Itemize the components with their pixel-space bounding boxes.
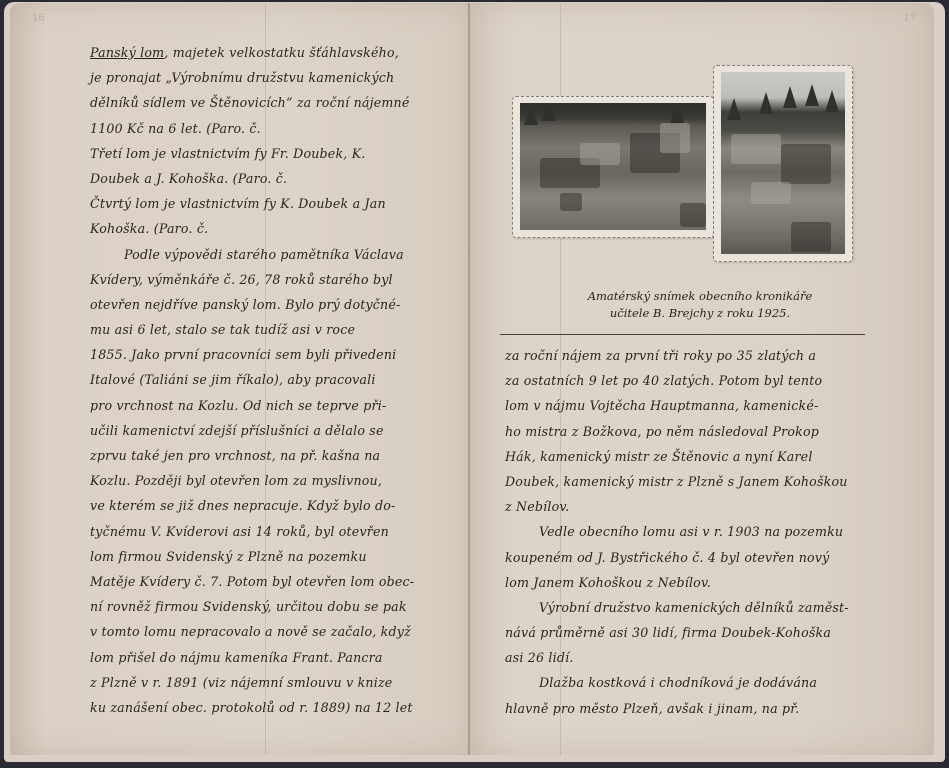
text-line: dělníků sídlem ve Štěnovicích“ za roční … xyxy=(90,90,414,115)
text-line: zprvu také jen pro vrchnost, na př. kašn… xyxy=(90,443,414,468)
text-line: 1855. Jako první pracovníci sem byli při… xyxy=(90,342,414,367)
text-line: lom firmou Svidenský z Plzně na pozemku xyxy=(90,544,414,569)
text-line: za roční nájem za první tři roky po 35 z… xyxy=(505,343,849,368)
text-line: je pronajat „Výrobnímu družstvu kamenick… xyxy=(90,65,414,90)
text-line: mu asi 6 let, stalo se tak tudíž asi v r… xyxy=(90,317,414,342)
quarry-photo-portrait xyxy=(713,65,853,262)
right-page-text: za roční nájem za první tři roky po 35 z… xyxy=(505,343,849,721)
text-line: lom v nájmu Vojtěcha Hauptmanna, kamenic… xyxy=(505,393,849,418)
text-line: Vedle obecního lomu asi v r. 1903 na poz… xyxy=(505,519,849,544)
text-line: nává průměrně asi 30 lidí, firma Doubek-… xyxy=(505,620,849,645)
caption-line-1: Amatérský snímek obecního kronikáře xyxy=(555,288,845,305)
text-line: Podle výpovědi starého pamětníka Václava xyxy=(90,242,414,267)
text-line: Hák, kamenický mistr ze Štěnovic a nyní … xyxy=(505,444,849,469)
text-line: Kohoška. (Paro. č. xyxy=(90,216,414,241)
text-line: hlavně pro město Plzeň, avšak i jinam, n… xyxy=(505,696,849,721)
caption-line-2: učitele B. Brejchy z roku 1925. xyxy=(555,305,845,322)
text-line: z Plzně v r. 1891 (viz nájemní smlouvu v… xyxy=(90,670,414,695)
text-line: asi 26 lidí. xyxy=(505,645,849,670)
left-page-text: Panský lom, majetek velkostatku šťáhlavs… xyxy=(90,40,414,720)
text-line: lom přišel do nájmu kameníka Frant. Panc… xyxy=(90,645,414,670)
text-line: Kozlu. Později byl otevřen lom za mysliv… xyxy=(90,468,414,493)
text-line: v tomto lomu nepracovalo a nově se začal… xyxy=(90,619,414,644)
text-line: Doubek a J. Kohoška. (Paro. č. xyxy=(90,166,414,191)
page-number: 17 xyxy=(903,13,916,24)
text-line: 1100 Kč na 6 let. (Paro. č. xyxy=(90,116,414,141)
text-line: Čtvrtý lom je vlastnictvím fy K. Doubek … xyxy=(90,191,414,216)
text-line: otevřen nejdříve panský lom. Bylo prý do… xyxy=(90,292,414,317)
text-line: ho mistra z Božkova, po něm následoval P… xyxy=(505,419,849,444)
text-line: Matěje Kvídery č. 7. Potom byl otevřen l… xyxy=(90,569,414,594)
text-line: Kvídery, výměnkáře č. 26, 78 roků staréh… xyxy=(90,267,414,292)
text-line: tyčnému V. Kvíderovi asi 14 roků, byl ot… xyxy=(90,519,414,544)
text-line: koupeném od J. Bystřického č. 4 byl otev… xyxy=(505,545,849,570)
text-line: pro vrchnost na Kozlu. Od nich se teprve… xyxy=(90,393,414,418)
text-line: učili kamenictví zdejší příslušníci a dě… xyxy=(90,418,414,443)
text-line: Italové (Taliáni se jim říkalo), aby pra… xyxy=(90,367,414,392)
page-number: 16 xyxy=(32,13,45,24)
text-line: z Nebílov. xyxy=(505,494,849,519)
photo-image xyxy=(520,103,706,230)
text-line: Panský lom, majetek velkostatku šťáhlavs… xyxy=(90,40,414,65)
quarry-photo-landscape xyxy=(512,96,714,238)
text-line: Výrobní družstvo kamenických dělníků zam… xyxy=(505,595,849,620)
section-heading: Panský lom xyxy=(90,45,164,60)
text-line: ve kterém se již dnes nepracuje. Když by… xyxy=(90,493,414,518)
text-line: za ostatních 9 let po 40 zlatých. Potom … xyxy=(505,368,849,393)
photo-caption: Amatérský snímek obecního kronikáře učit… xyxy=(555,288,845,322)
line-rest: , majetek velkostatku šťáhlavského, xyxy=(164,45,399,60)
text-line: Doubek, kamenický mistr z Plzně s Janem … xyxy=(505,469,849,494)
horizontal-divider xyxy=(500,334,865,335)
photo-image xyxy=(721,72,845,254)
text-line: Třetí lom je vlastnictvím fy Fr. Doubek,… xyxy=(90,141,414,166)
text-line: Dlažba kostková i chodníková je dodávána xyxy=(505,670,849,695)
text-line: lom Janem Kohoškou z Nebílov. xyxy=(505,570,849,595)
text-line: ku zanášení obec. protokolů od r. 1889) … xyxy=(90,695,414,720)
text-line: ní rovněž firmou Svidenský, určitou dobu… xyxy=(90,594,414,619)
